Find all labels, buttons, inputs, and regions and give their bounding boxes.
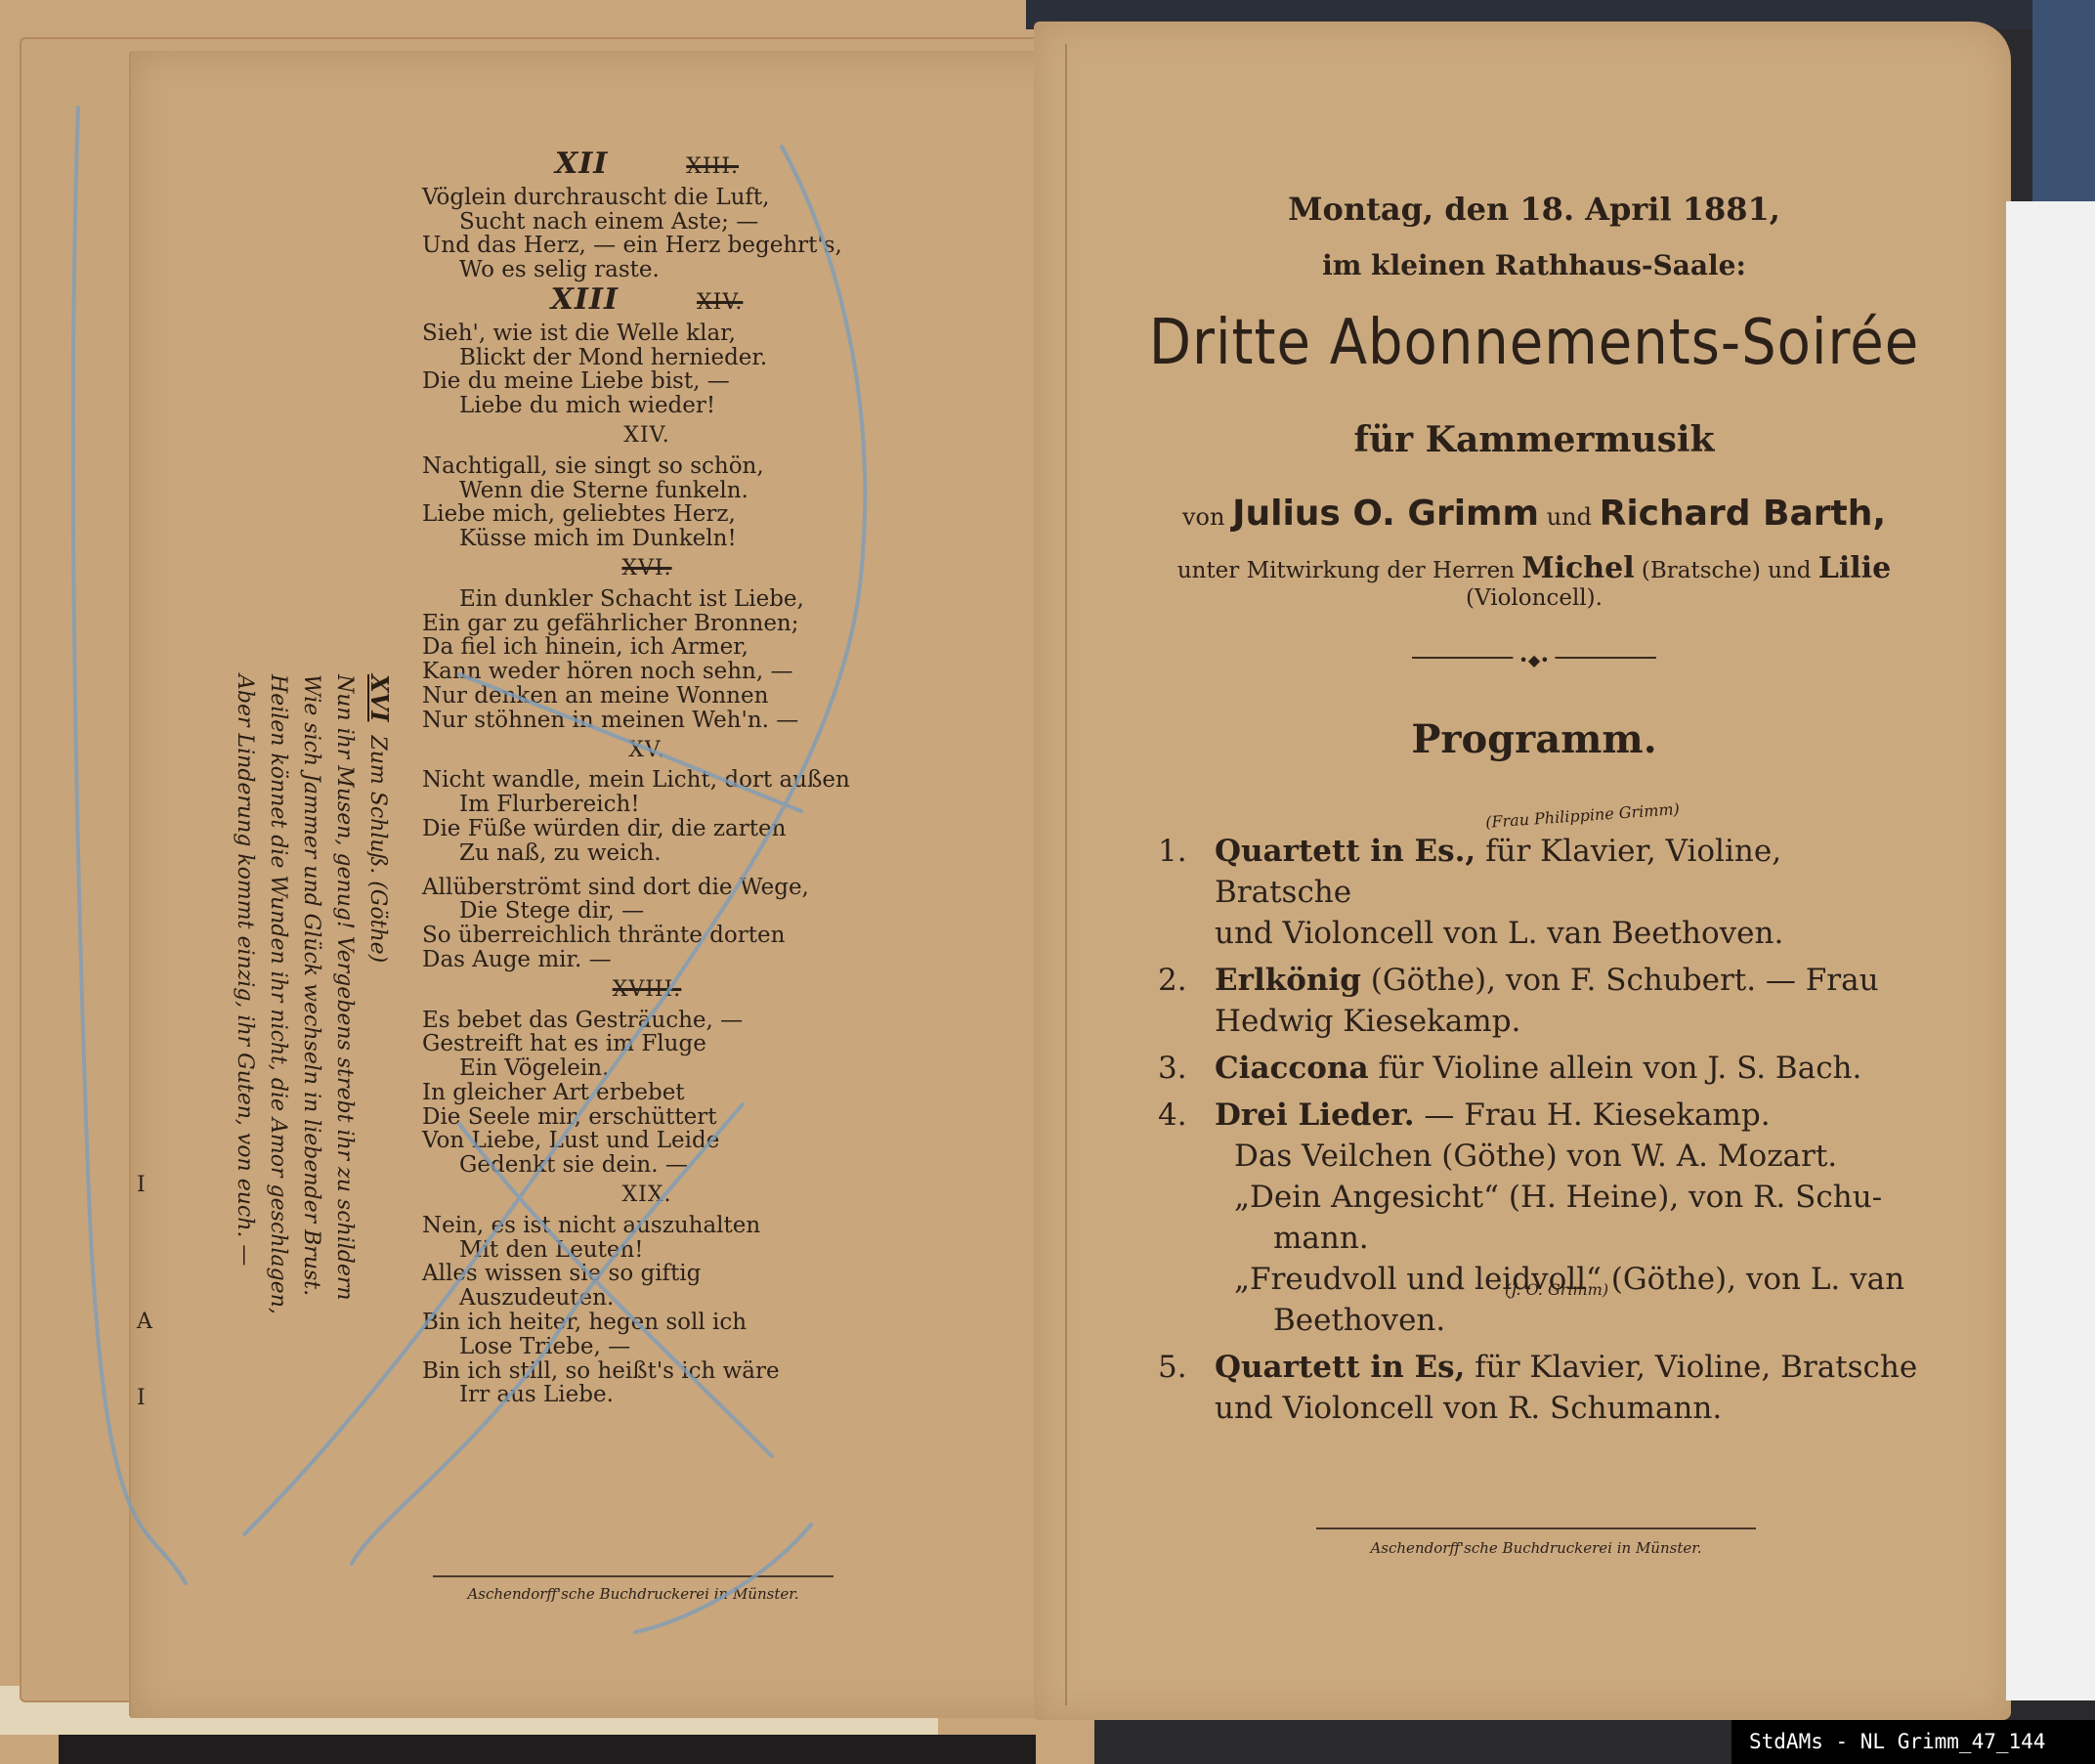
margin-note-line: Wie sich Jammer und Glück wechseln in li… xyxy=(294,674,327,1554)
item-detail: — Frau H. Kiesekamp. xyxy=(1414,1097,1770,1133)
printer-imprint-right: Aschendorff'sche Buchdruckerei in Münste… xyxy=(1316,1527,1756,1557)
programme-items: 1.Quartett in Es., für Klavier, Violine,… xyxy=(1158,831,1920,1435)
musician-name: Lilie xyxy=(1818,551,1891,585)
item-line: Drei Lieder. — Frau H. Kiesekamp. xyxy=(1215,1095,1920,1136)
poem-line: Wo es selig raste. xyxy=(422,258,872,282)
handwritten-annotation-item-5: (J. O. Grimm) xyxy=(1505,1280,1608,1299)
poem-line: Ein gar zu gefährlicher Bronnen; xyxy=(422,612,872,636)
edge-mark: I xyxy=(137,1173,146,1197)
item-work-title: Quartett in Es., xyxy=(1215,834,1475,869)
organizer-name: Richard Barth, xyxy=(1600,494,1886,534)
song-entry: „Dein Angesicht“ (H. Heine), von R. Schu… xyxy=(1215,1177,1920,1218)
organizers-line: von Julius O. Grimm und Richard Barth, xyxy=(1133,494,1935,534)
poem-line: Irr aus Liebe. xyxy=(422,1383,872,1407)
item-number: 2. xyxy=(1158,960,1187,1001)
musician-role: (Violoncell). xyxy=(1466,585,1603,611)
concert-date: Montag, den 18. April 1881, xyxy=(1133,191,1935,228)
white-backing-strip xyxy=(2006,201,2095,1700)
margin-note-line: Nun ihr Musen, genug! Vergebens strebt i… xyxy=(327,674,361,1554)
poem-numeral: XVI. xyxy=(422,557,872,581)
poem-numeral: XIX. xyxy=(422,1183,872,1208)
poem-line: Mit den Leuten! xyxy=(422,1238,872,1263)
authors-prefix: von xyxy=(1182,503,1224,531)
programme-item: 4.Drei Lieder. — Frau H. Kiesekamp.Das V… xyxy=(1158,1095,1920,1341)
margin-note-heading: Zum Schluß. (Göthe) xyxy=(365,735,390,963)
programme-heading: Programm. xyxy=(1133,716,1935,762)
margin-note-line: Heilen könnet die Wunden ihr nicht, die … xyxy=(261,674,294,1554)
item-detail: und Violoncell von R. Schumann. xyxy=(1215,1391,1722,1426)
poem-line: Das Auge mir. — xyxy=(422,948,872,972)
item-number: 3. xyxy=(1158,1048,1187,1089)
poem-line: Wenn die Sterne funkeln. xyxy=(422,479,872,503)
item-detail: und Violoncell von L. van Beethoven. xyxy=(1215,916,1783,951)
margin-note-numeral: XVI xyxy=(365,674,394,721)
poem-line: Es bebet das Gesträuche, — xyxy=(422,1009,872,1033)
programme-item: 2.Erlkönig (Göthe), von F. Schubert. — F… xyxy=(1158,960,1920,1042)
edge-mark: I xyxy=(137,1386,146,1410)
margin-note-line: Aber Linderung kommt einzig, ihr Guten, … xyxy=(228,674,261,1554)
poem-line: Lose Triebe, — xyxy=(422,1335,872,1359)
musician-name: Michel xyxy=(1521,551,1634,585)
printed-numeral: XIII. xyxy=(686,154,739,179)
item-line: und Violoncell von R. Schumann. xyxy=(1215,1388,1920,1429)
poem-line: Die du meine Liebe bist, — xyxy=(422,369,872,394)
poem-numeral: XIV. xyxy=(422,424,872,449)
poem-line: Blickt der Mond hernieder. xyxy=(422,346,872,370)
concert-subtitle: für Kammermusik xyxy=(1133,419,1935,460)
printed-numeral: XVI. xyxy=(621,556,671,581)
programme-item: 1.Quartett in Es., für Klavier, Violine,… xyxy=(1158,831,1920,954)
programme-header: Montag, den 18. April 1881, im kleinen R… xyxy=(1133,191,1935,762)
organizer-name: Julius O. Grimm xyxy=(1232,494,1539,534)
poem-numeral: XV. xyxy=(422,739,872,763)
item-line: Quartett in Es, für Klavier, Violine, Br… xyxy=(1215,1347,1920,1388)
poem-line: Alles wissen sie so giftig xyxy=(422,1262,872,1286)
item-work-title: Quartett in Es, xyxy=(1215,1350,1465,1385)
authors-joiner: und xyxy=(1547,503,1592,531)
item-line: Quartett in Es., für Klavier, Violine, B… xyxy=(1215,831,1920,913)
poem-line: Nicht wandle, mein Licht, dort außen xyxy=(422,768,872,793)
poem-line: Bin ich still, so heißt's ich wäre xyxy=(422,1359,872,1384)
poem-line: Von Liebe, Lust und Leide xyxy=(422,1129,872,1153)
poem-line: Nein, es ist nicht auszuhalten xyxy=(422,1214,872,1238)
poem-line: Sucht nach einem Aste; — xyxy=(422,210,872,235)
poem-line: Gedenkt sie dein. — xyxy=(422,1153,872,1178)
blue-cover-corner xyxy=(2032,0,2095,215)
item-detail: (Göthe), von F. Schubert. — Frau xyxy=(1361,963,1879,998)
ornament-glyph: •◆• xyxy=(1513,651,1555,669)
dark-binding-bottom xyxy=(59,1735,1036,1764)
concert-venue: im kleinen Rathhaus-Saale: xyxy=(1133,249,1935,281)
item-number: 1. xyxy=(1158,831,1187,872)
poem-line: Ein Vögelein. xyxy=(422,1056,872,1081)
poem-line: Auszudeuten. xyxy=(422,1286,872,1311)
poem-line: Die Stege dir, — xyxy=(422,899,872,924)
song-entry-continuation: Beethoven. xyxy=(1215,1300,1920,1341)
poem-line: Da fiel ich hinein, ich Armer, xyxy=(422,635,872,660)
poem-numeral: XIIXIII. xyxy=(422,152,872,180)
item-line: und Violoncell von L. van Beethoven. xyxy=(1215,913,1920,954)
item-detail: für Klavier, Violine, Bratsche xyxy=(1465,1350,1917,1385)
printed-numeral: XIV. xyxy=(623,423,669,448)
handwritten-margin-note: XVI Zum Schluß. (Göthe) Nun ihr Musen, g… xyxy=(151,674,396,1554)
page-fold-crease xyxy=(1065,44,1067,1705)
poem-line: Allüberströmt sind dort die Wege, xyxy=(422,876,872,900)
poem-column: XIIXIII.Vöglein durchrauscht die Luft,Su… xyxy=(422,147,872,1407)
ornament-divider: •◆• xyxy=(1412,650,1656,666)
poem-line: Im Flurbereich! xyxy=(422,793,872,817)
poem-line: Vöglein durchrauscht die Luft, xyxy=(422,186,872,210)
poem-line: Und das Herz, — ein Herz begehrt's, xyxy=(422,234,872,258)
programme-item: 3.Ciaccona für Violine allein von J. S. … xyxy=(1158,1048,1920,1089)
item-line: Erlkönig (Göthe), von F. Schubert. — Fra… xyxy=(1215,960,1920,1001)
item-work-title: Drei Lieder. xyxy=(1215,1097,1414,1133)
poem-line: Ein dunkler Schacht ist Liebe, xyxy=(422,587,872,612)
song-entry: Das Veilchen (Göthe) von W. A. Mozart. xyxy=(1215,1136,1920,1177)
poem-line: Nur stöhnen in meinen Weh'n. — xyxy=(422,709,872,733)
poem-line: In gleicher Art erbebet xyxy=(422,1081,872,1105)
programme-item: 5.Quartett in Es, für Klavier, Violine, … xyxy=(1158,1347,1920,1429)
printed-numeral: XVIII. xyxy=(613,977,682,1002)
poem-line: Die Füße würden dir, die zarten xyxy=(422,817,872,841)
printer-imprint-left: Aschendorff'sche Buchdruckerei in Münste… xyxy=(433,1575,834,1603)
item-detail: für Violine allein von J. S. Bach. xyxy=(1369,1051,1862,1086)
poem-line: Zu naß, zu weich. xyxy=(422,841,872,866)
poem-line: Kann weder hören noch sehn, — xyxy=(422,660,872,684)
item-line: Ciaccona für Violine allein von J. S. Ba… xyxy=(1215,1048,1920,1089)
poem-numeral: XIIIXIV. xyxy=(422,288,872,316)
poem-line: Liebe mich, geliebtes Herz, xyxy=(422,502,872,527)
poem-line: Küsse mich im Dunkeln! xyxy=(422,527,872,551)
poem-line: Bin ich heiter, hegen soll ich xyxy=(422,1311,872,1335)
item-work-title: Ciaccona xyxy=(1215,1051,1369,1086)
assist-prefix: unter Mitwirkung der Herren xyxy=(1177,558,1515,583)
item-line: Hedwig Kiesekamp. xyxy=(1215,1001,1920,1042)
poem-line: Nur denken an meine Wonnen xyxy=(422,684,872,709)
poem-line: Liebe du mich wieder! xyxy=(422,394,872,418)
item-work-title: Erlkönig xyxy=(1215,963,1361,998)
item-number: 4. xyxy=(1158,1095,1187,1136)
handwritten-numeral: XIII xyxy=(551,282,619,317)
poem-line: So überreichlich thränte dorten xyxy=(422,924,872,948)
poem-line: Nachtigall, sie singt so schön, xyxy=(422,454,872,479)
concert-title: Dritte Abonnements-Soirée xyxy=(1133,306,1935,379)
poem-line: Die Seele mir, erschüttert xyxy=(422,1105,872,1130)
item-detail: Hedwig Kiesekamp. xyxy=(1215,1004,1520,1039)
song-entry-continuation: mann. xyxy=(1215,1218,1920,1259)
poem-numeral: XVIII. xyxy=(422,978,872,1003)
poem-line: Gestreift hat es im Fluge xyxy=(422,1032,872,1056)
assisting-musicians: unter Mitwirkung der Herren Michel (Brat… xyxy=(1133,551,1935,611)
printed-numeral: XIV. xyxy=(697,290,743,315)
musician-role: (Bratsche) und xyxy=(1642,558,1812,583)
handwritten-numeral: XII xyxy=(555,147,608,181)
poem-line: Sieh', wie ist die Welle klar, xyxy=(422,322,872,346)
printed-numeral: XV. xyxy=(628,738,665,762)
printed-numeral: XIX. xyxy=(621,1183,671,1207)
archive-caption: StdAMs - NL Grimm_47_144 xyxy=(1732,1720,2095,1764)
edge-mark: A xyxy=(137,1310,152,1334)
item-number: 5. xyxy=(1158,1347,1187,1388)
